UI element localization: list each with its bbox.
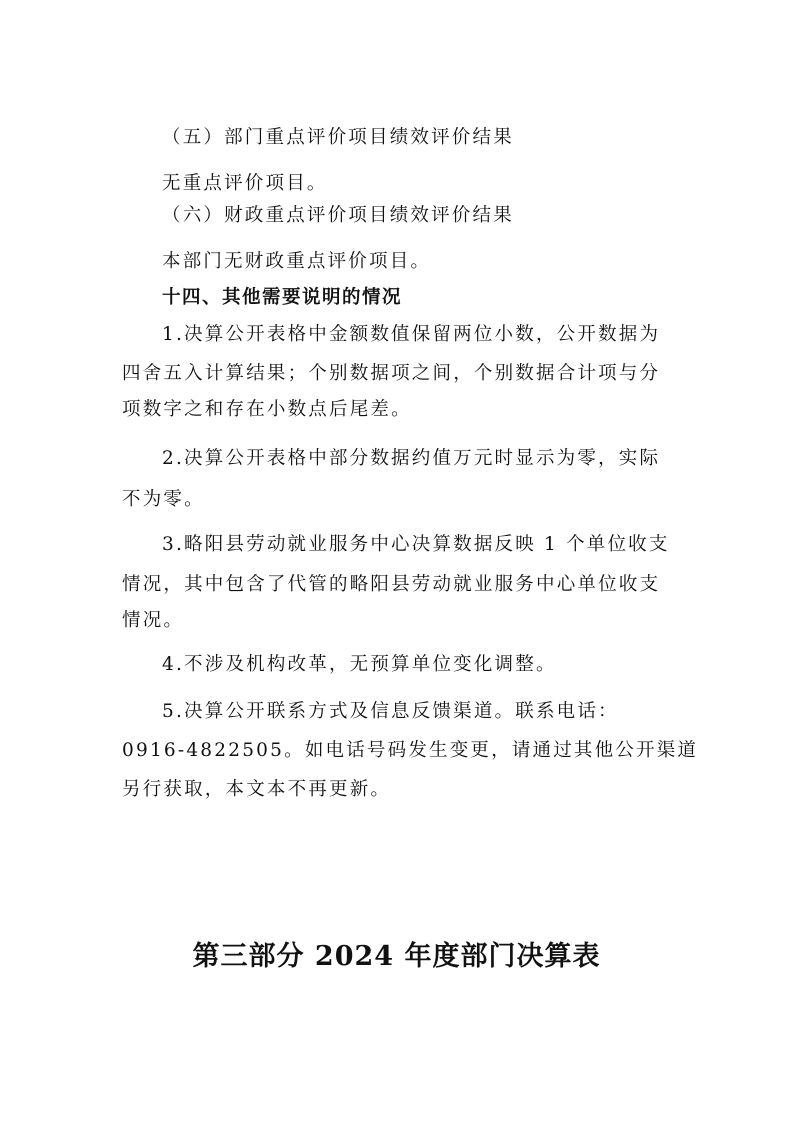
note-line: 情况，其中包含了代管的略阳县劳动就业服务中心单位收支 — [122, 573, 793, 597]
note-line: 1.决算公开表格中金额数值保留两位小数，公开数据为 — [162, 323, 793, 347]
note-line: 5.决算公开联系方式及信息反馈渠道。联系电话： — [162, 700, 793, 724]
section-body-5: 无重点评价项目。 — [162, 172, 793, 196]
note-line: 项数字之和存在小数点后尾差。 — [122, 398, 793, 422]
section-heading-5: （五）部门重点评价项目绩效评价结果 — [162, 126, 793, 150]
section-heading-6: （六）财政重点评价项目绩效评价结果 — [162, 204, 793, 228]
note-line: 不为零。 — [122, 488, 793, 512]
other-notes-heading: 十四、其他需要说明的情况 — [162, 286, 793, 310]
note-line: 2.决算公开表格中部分数据约值万元时显示为零，实际 — [162, 447, 793, 471]
section-body-6: 本部门无财政重点评价项目。 — [162, 250, 793, 274]
note-line: 0916-4822505。如电话号码发生变更，请通过其他公开渠道 — [122, 739, 793, 763]
note-line: 4.不涉及机构改革，无预算单位变化调整。 — [162, 653, 793, 677]
note-line: 情况。 — [122, 609, 793, 633]
note-line: 四舍五入计算结果；个别数据项之间，个别数据合计项与分 — [122, 362, 793, 386]
note-line: 另行获取，本文本不再更新。 — [122, 778, 793, 802]
note-line: 3.略阳县劳动就业服务中心决算数据反映 1 个单位收支 — [162, 533, 793, 557]
part-title: 第三部分 2024 年度部门决算表 — [0, 934, 793, 973]
